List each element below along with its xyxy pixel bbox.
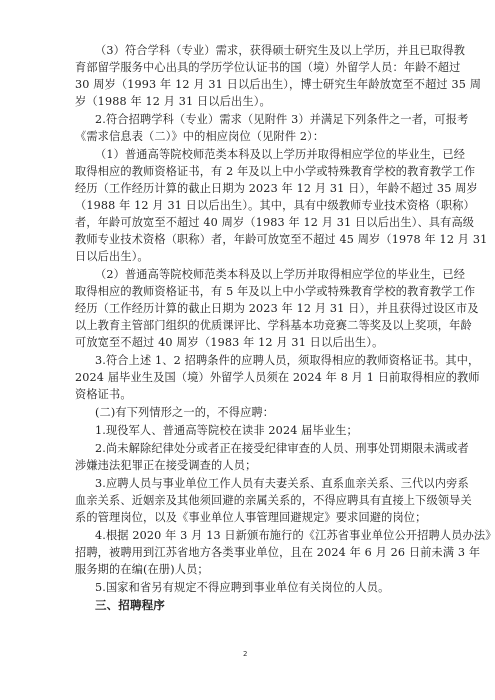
text-line: 5.国家和省另有规定不得应聘到事业单位有关岗位的人员。 [95, 579, 389, 596]
text-line: 经历（工作经历计算的截止日期为 2023 年 12 月 31 日），年龄不超过 … [75, 180, 478, 197]
text-line: 涉嫌违法犯罪正在接受调查的人员； [75, 457, 256, 474]
text-line: 教师专业技术资格（职称）者，年龄可放宽至不超过 45 周岁（1978 年 12 … [75, 231, 487, 248]
text-line: 可放宽至不超过 40 周岁（1983 年 12 月 31 日以后出生）。 [75, 334, 383, 351]
text-line: 服务期的在编(在册)人员； [75, 561, 209, 578]
text-line: (二)有下列情形之一的，不得应聘： [95, 404, 274, 421]
text-line: 岁（1988 年 12 月 31 日以后出生）。 [75, 93, 271, 110]
text-line: （1）普通高等院校师范类本科及以上学历并取得相应学位的毕业生，已经 [95, 146, 465, 163]
text-line: 育部留学服务中心出具的学历学位认证书的国（境）外留学人员：年龄不超过 [75, 59, 460, 76]
text-line: 取得相应的教师资格证书，有 2 年及以上中小学或特殊教育学校的教育教学工作 [75, 163, 475, 180]
text-line: 招聘，被聘用到江苏省地方各类事业单位，且在 2024 年 6 月 26 日前未满… [75, 544, 480, 561]
document-page: （3）符合学科（专业）需求，获得硕士研究生及以上学历，并且已取得教育部留学服务中… [0, 0, 495, 700]
text-line: 3.应聘人员与事业单位工作人员有夫妻关系、直系血亲关系、三代以内旁系 [95, 475, 469, 492]
text-line: 1.现役军人、普通高等院校在读非 2024 届毕业生； [95, 422, 358, 439]
text-line: 血亲关系、近姻亲及其他须回避的亲属关系的，不得应聘具有直接上下级领导关 [75, 492, 472, 509]
text-line: （3）符合学科（专业）需求，获得硕士研究生及以上学历，并且已取得教 [95, 42, 465, 59]
text-line: 取得相应的教师资格证书，有 5 年及以上中小学或特殊教育学校的教育教学工作 [75, 283, 475, 300]
text-line: 者，年龄可放宽至不超过 40 周岁（1983 年 12 月 31 日以后出生）、… [75, 214, 474, 231]
text-line: 4.根据 2020 年 3 月 13 日新颁布施行的《江苏省事业单位公开招聘人员… [95, 527, 495, 544]
text-line: 日以后出生）。 [75, 248, 149, 265]
text-line: 《需求信息表（二）》中的相应岗位（见附件 2）： [75, 128, 324, 145]
text-line: 30 周岁（1993 年 12 月 31 日以后出生），博士研究生年龄放宽至不超… [75, 76, 481, 93]
text-line: 2024 届毕业生及国（境）外留学人员须在 2024 年 8 月 1 日前取得相… [75, 369, 480, 386]
text-line: 资格证书。 [75, 386, 132, 403]
text-line: 系的管理岗位，以及《事业单位人事管理回避规定》要求回避的岗位； [75, 509, 426, 526]
text-line: （1988 年 12 月 31 日以后出生）。其中，具有中级教师专业技术资格（职… [75, 197, 475, 214]
page-number: 2 [243, 650, 247, 658]
section-heading: 三、招聘程序 [95, 597, 165, 614]
text-line: 经历（工作经历计算的截止日期为 2023 年 12 月 31 日），并且获得过设… [75, 300, 479, 317]
text-line: 以上教育主管部门组织的优质课评比、学科基本功竞赛二等奖及以上奖项，年龄 [75, 317, 472, 334]
text-line: 2.符合招聘学科（专业）需求（见附件 3）并满足下列条件之一者，可报考 [95, 111, 468, 128]
text-line: 3.符合上述 1、2 招聘条件的应聘人员，须取得相应的教师资格证书。其中， [95, 352, 479, 369]
text-line: （2）普通高等院校师范类本科及以上学历并取得相应学位的毕业生，已经 [95, 266, 465, 283]
text-line: 2.尚未解除纪律处分或者正在接受纪律审查的人员、刑事处罚期限未满或者 [95, 440, 469, 457]
